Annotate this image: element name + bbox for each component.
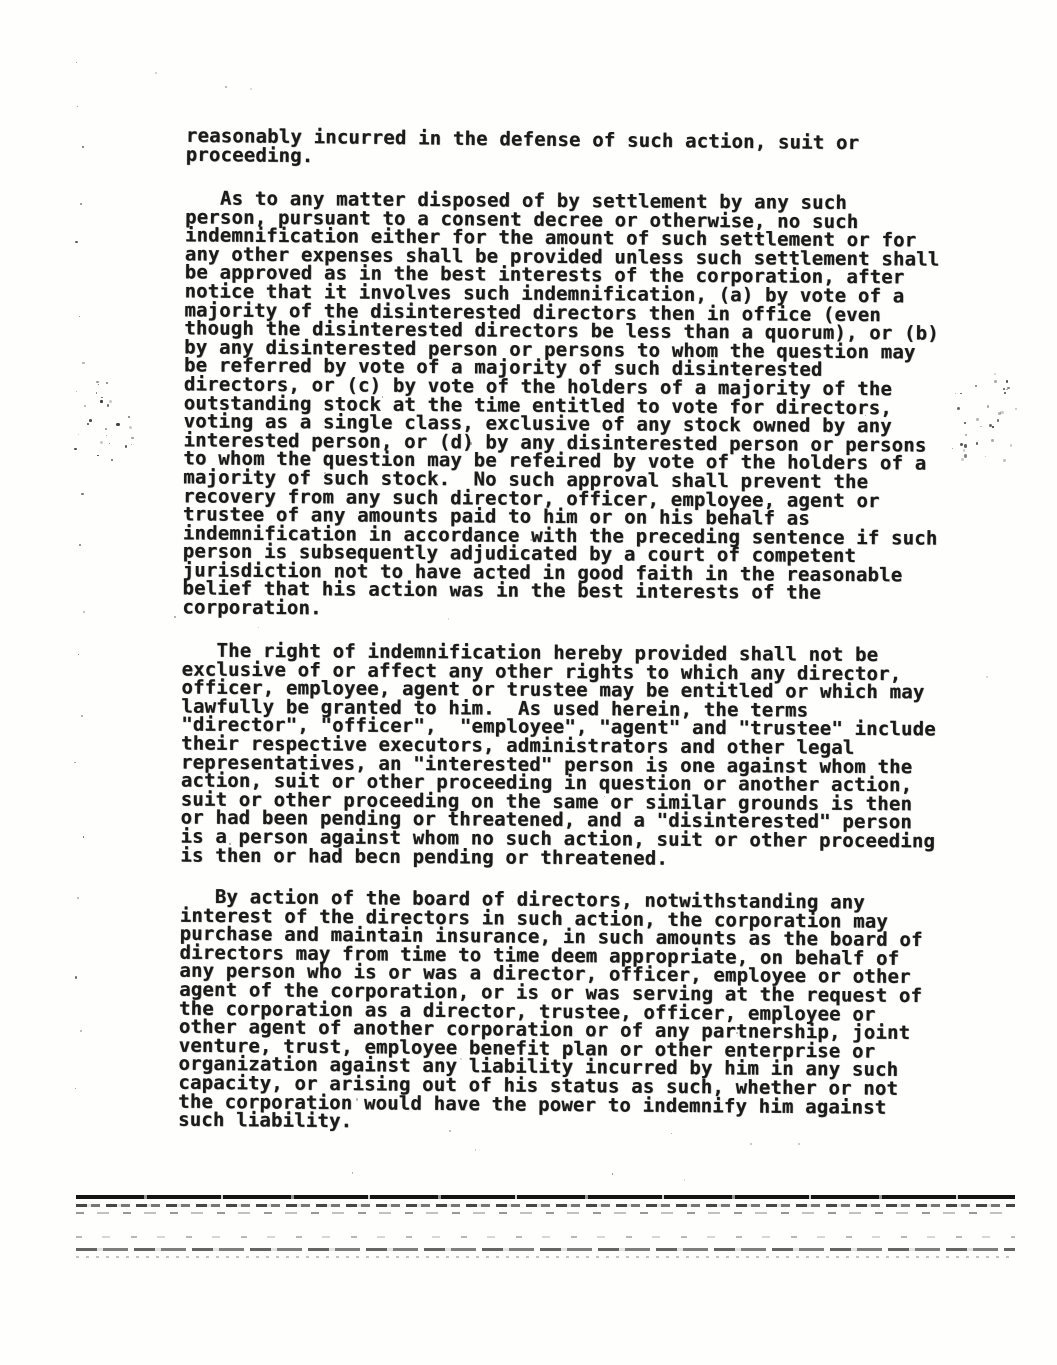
- speck: [77, 106, 78, 107]
- speck: [79, 544, 81, 546]
- speck: [976, 442, 979, 445]
- scan-line: [76, 1248, 1015, 1251]
- speck: [75, 976, 77, 978]
- speck: [96, 392, 97, 393]
- speck: [789, 661, 790, 662]
- speck: [964, 454, 967, 457]
- speck: [987, 405, 990, 408]
- speck: [75, 1088, 76, 1089]
- speck: [74, 762, 75, 763]
- speck: [82, 362, 84, 364]
- speck: [980, 426, 982, 428]
- speck: [84, 405, 86, 407]
- speck: [129, 426, 132, 429]
- speck: [250, 88, 252, 90]
- speck: [116, 423, 119, 426]
- speck: [1000, 411, 1003, 414]
- speck: [1006, 389, 1008, 391]
- speck: [1015, 408, 1017, 410]
- speck: [964, 444, 967, 447]
- speck: [714, 367, 716, 369]
- speck: [960, 393, 961, 394]
- paragraph-continuation: reasonably incurred in the defense of su…: [186, 127, 976, 173]
- speck: [684, 1179, 685, 1180]
- speck: [991, 439, 993, 441]
- paragraph-board-insurance: By action of the board of directors, not…: [178, 888, 970, 1136]
- speck: [997, 419, 1000, 422]
- speck: [1006, 380, 1009, 383]
- speck: [75, 241, 78, 244]
- paragraph-settlement: As to any matter disposed of by settleme…: [182, 190, 975, 623]
- speck: [80, 203, 82, 205]
- speck: [80, 1030, 81, 1031]
- speck: [87, 423, 89, 425]
- speck: [76, 62, 77, 63]
- scan-line: [76, 1212, 1015, 1215]
- speck: [593, 1035, 594, 1036]
- speck: [475, 1149, 477, 1151]
- speck: [604, 796, 605, 797]
- speck: [106, 382, 108, 384]
- speck: [368, 939, 369, 940]
- speck: [382, 396, 383, 397]
- speck: [155, 72, 157, 74]
- speck: [128, 416, 130, 418]
- speck: [258, 627, 259, 628]
- speck: [78, 654, 79, 655]
- speck: [994, 373, 996, 375]
- scan-line: [76, 1236, 1015, 1238]
- speck: [1003, 388, 1005, 390]
- speck: [105, 428, 107, 430]
- speck: [101, 397, 103, 399]
- speck: [612, 1173, 614, 1175]
- speck: [100, 400, 103, 403]
- speck: [994, 380, 997, 383]
- speck: [596, 384, 598, 386]
- speck: [111, 459, 113, 461]
- speck: [98, 384, 99, 385]
- speck: [109, 443, 110, 444]
- speck: [77, 897, 79, 899]
- speck: [89, 419, 92, 422]
- speck: [83, 611, 85, 613]
- speck: [78, 434, 79, 435]
- speck: [106, 435, 107, 436]
- paragraph-right-of-indemnification: The right of indemnification hereby prov…: [180, 641, 971, 869]
- speck: [1010, 444, 1012, 446]
- scan-line: [76, 1195, 1015, 1199]
- speck: [352, 1172, 354, 1174]
- speck: [989, 424, 992, 427]
- speck: [107, 404, 109, 406]
- document-page: reasonably incurred in the defense of su…: [0, 0, 1057, 1365]
- speck: [530, 539, 532, 541]
- speck: [448, 618, 449, 619]
- speck: [81, 715, 83, 717]
- speck: [985, 456, 986, 457]
- text-block: reasonably incurred in the defense of su…: [178, 128, 976, 1160]
- speck: [83, 836, 84, 837]
- speck: [79, 316, 80, 317]
- speck: [976, 418, 979, 421]
- speck: [100, 441, 103, 444]
- speck: [76, 391, 77, 392]
- speck: [97, 455, 99, 457]
- speck: [960, 443, 963, 446]
- speck: [225, 86, 227, 88]
- speck: [174, 616, 176, 618]
- speck: [109, 400, 112, 403]
- speck: [1003, 459, 1006, 462]
- speck: [81, 493, 83, 495]
- scan-line: [76, 1256, 1015, 1258]
- speck: [961, 458, 964, 461]
- speck: [131, 444, 132, 445]
- speck: [74, 448, 77, 451]
- speck: [975, 385, 978, 388]
- speck: [1004, 392, 1006, 394]
- speck: [470, 442, 472, 444]
- speck: [131, 437, 134, 440]
- speck: [82, 146, 85, 149]
- speck: [992, 426, 993, 427]
- scan-line: [76, 1204, 1015, 1207]
- speck: [125, 445, 128, 448]
- speck: [986, 676, 988, 678]
